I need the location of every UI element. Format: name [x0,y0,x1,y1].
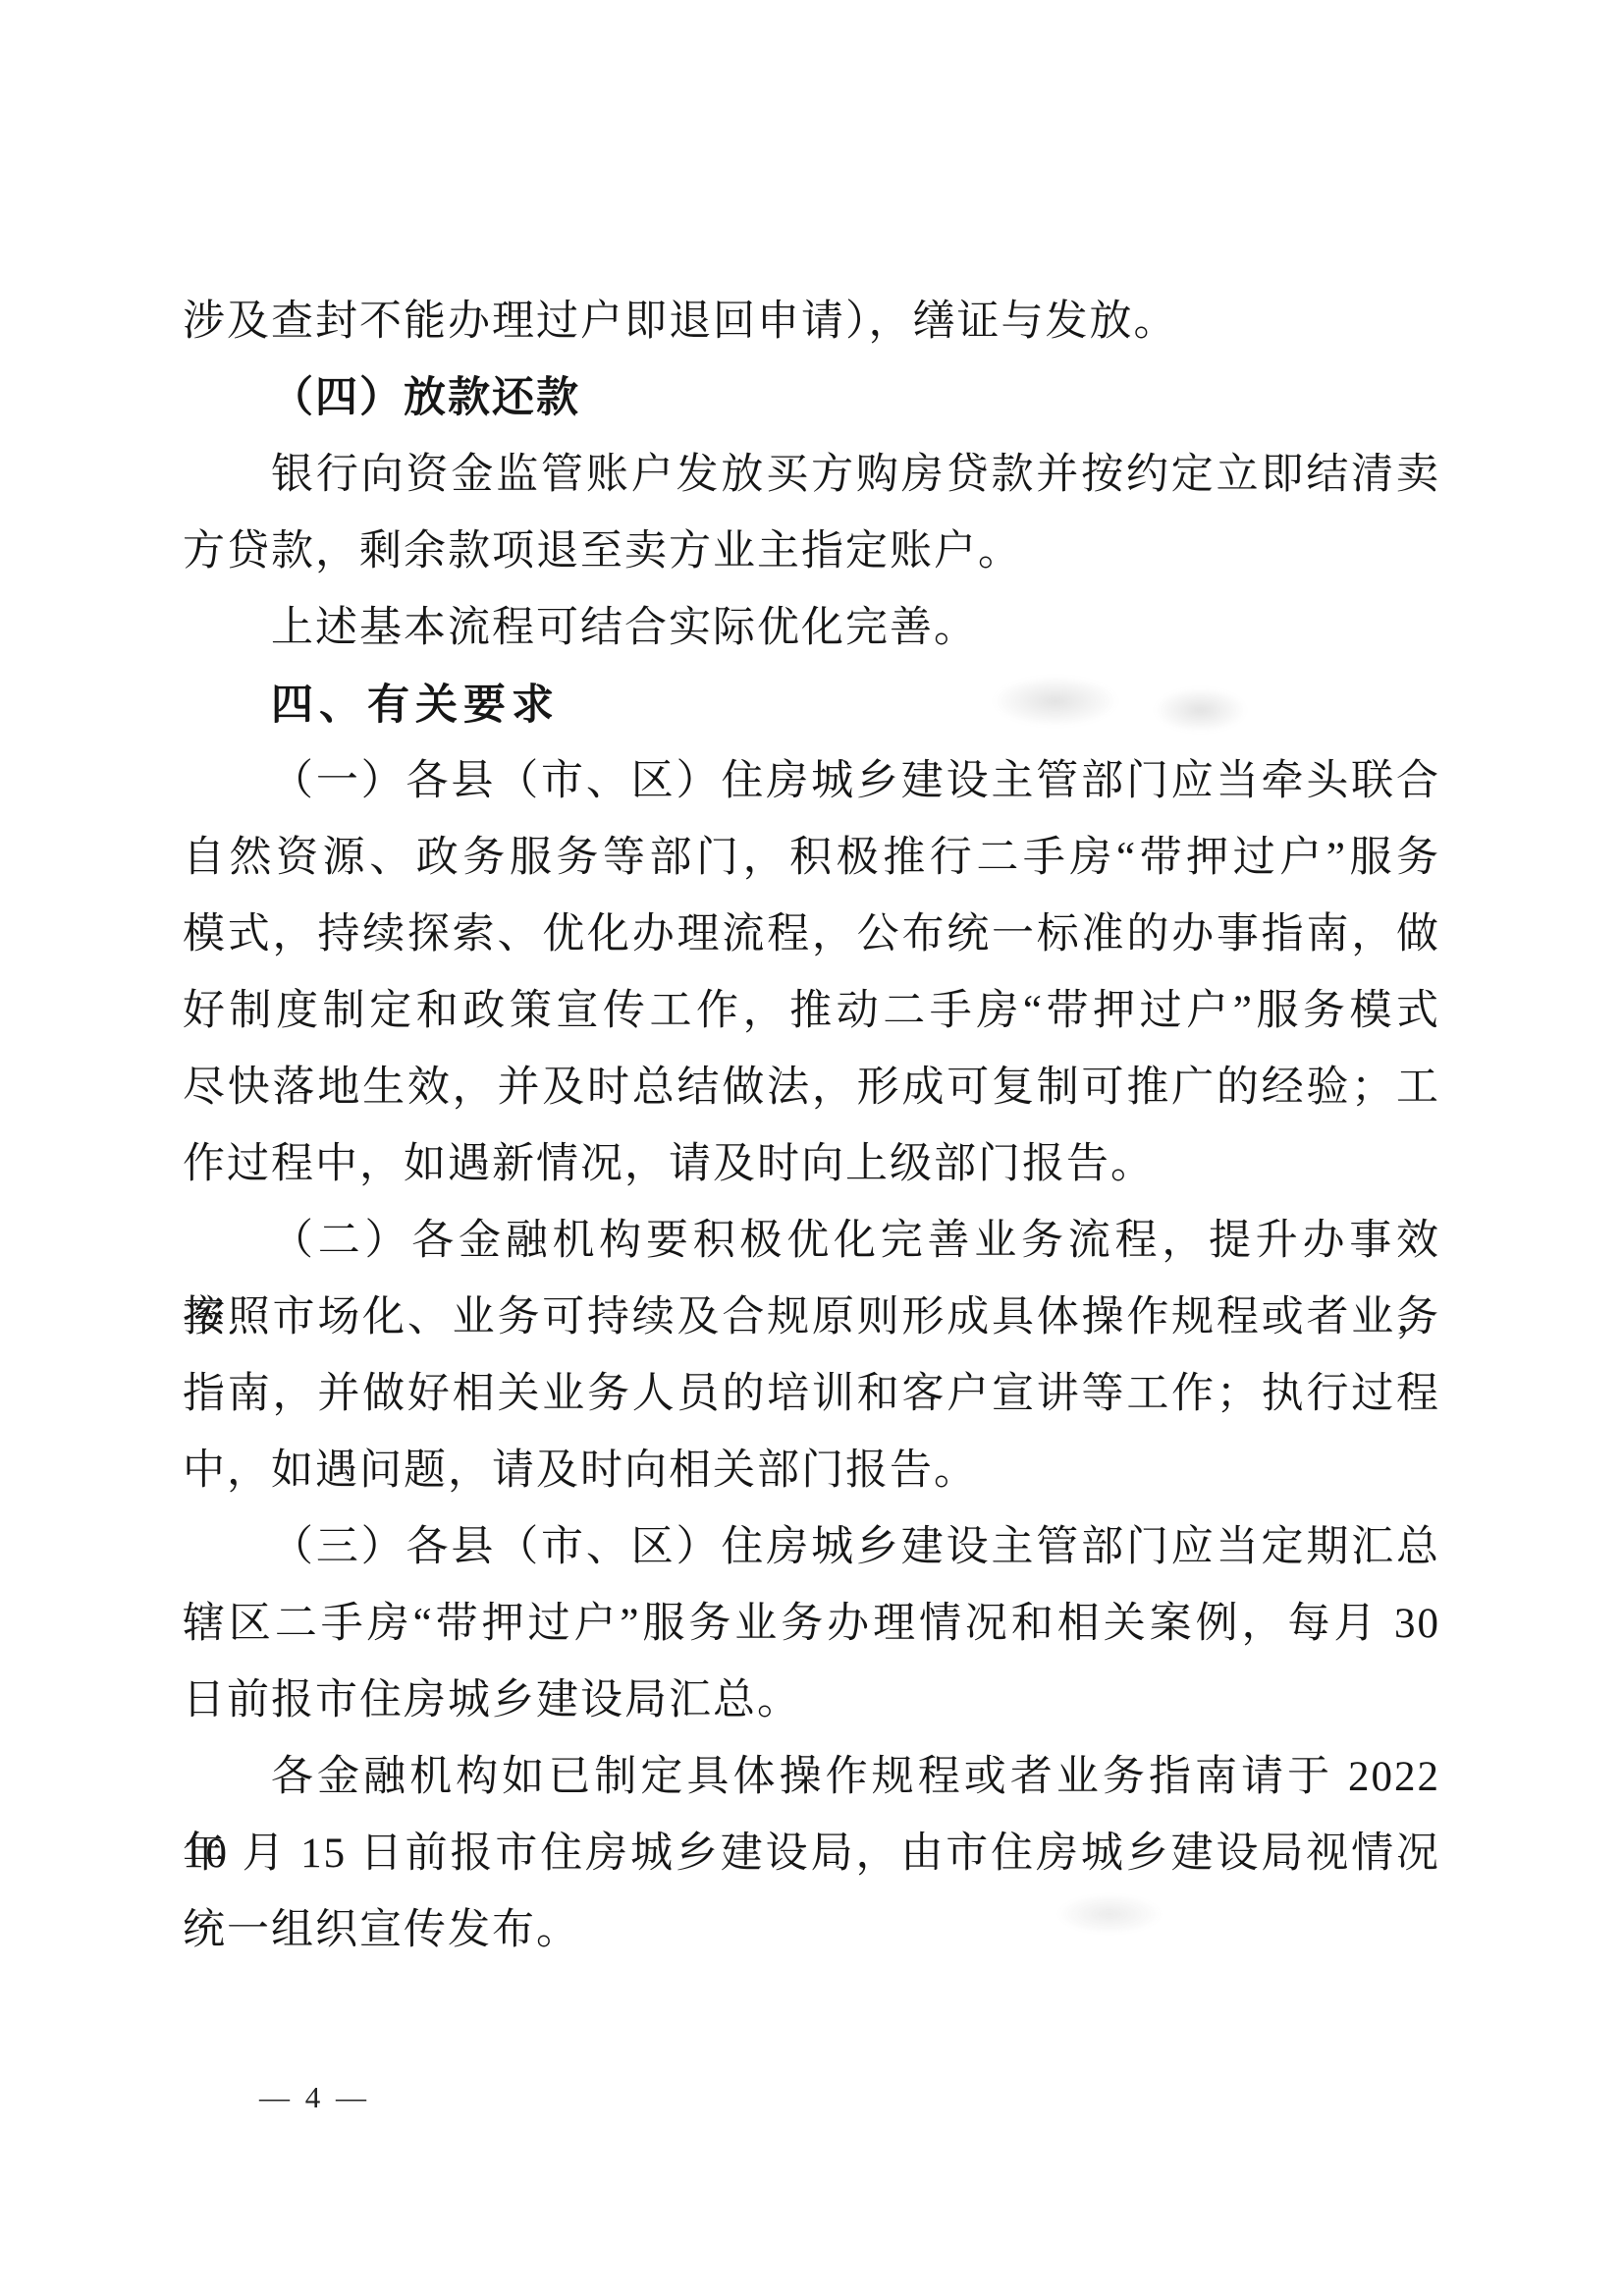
body-line-21: 10 月 15 日前报市住房城乡建设局，由市住房城乡建设局视情况 [183,1816,1440,1892]
document-text-block: 涉及查封不能办理过户即退回申请），缮证与发放。 （四）放款还款 银行向资金监管账… [183,284,1440,1969]
subsection-heading-4: （四）放款还款 [183,360,1440,437]
body-line-14: 按照市场化、业务可持续及合规原则形成具体操作规程或者业务 [183,1280,1440,1356]
body-line-11: 尽快落地生效，并及时总结做法，形成可复制可推广的经验；工 [183,1050,1440,1126]
body-line-07: （一）各县（市、区）住房城乡建设主管部门应当牵头联合 [183,743,1440,820]
body-line-20: 各金融机构如已制定具体操作规程或者业务指南请于 2022 年 [183,1739,1440,1816]
body-line-19: 日前报市住房城乡建设局汇总。 [183,1663,1440,1739]
body-line-12: 作过程中，如遇新情况，请及时向上级部门报告。 [183,1126,1440,1203]
body-line-04: 方贷款，剩余款项退至卖方业主指定账户。 [183,514,1440,590]
body-line-13: （二）各金融机构要积极优化完善业务流程，提升办事效率， [183,1203,1440,1280]
body-line-05: 上述基本流程可结合实际优化完善。 [183,590,1440,667]
body-line-09: 模式，持续探索、优化办理流程，公布统一标准的办事指南，做 [183,897,1440,973]
document-page: 涉及查封不能办理过户即退回申请），缮证与发放。 （四）放款还款 银行向资金监管账… [0,0,1623,2296]
body-line-15: 指南，并做好相关业务人员的培训和客户宣讲等工作；执行过程 [183,1356,1440,1433]
body-line-08: 自然资源、政务服务等部门，积极推行二手房“带押过户”服务 [183,820,1440,897]
page-number: — 4 — [259,2080,370,2115]
body-line-16: 中，如遇问题，请及时向相关部门报告。 [183,1433,1440,1509]
body-line-22: 统一组织宣传发布。 [183,1892,1440,1969]
body-line-18: 辖区二手房“带押过户”服务业务办理情况和相关案例，每月 30 [183,1586,1440,1663]
body-line-17: （三）各县（市、区）住房城乡建设主管部门应当定期汇总 [183,1509,1440,1586]
body-line-01: 涉及查封不能办理过户即退回申请），缮证与发放。 [183,284,1440,360]
body-line-03: 银行向资金监管账户发放买方购房贷款并按约定立即结清卖 [183,437,1440,514]
section-heading-requirements: 四、有关要求 [183,667,1440,743]
body-line-10: 好制度制定和政策宣传工作，推动二手房“带押过户”服务模式 [183,973,1440,1050]
